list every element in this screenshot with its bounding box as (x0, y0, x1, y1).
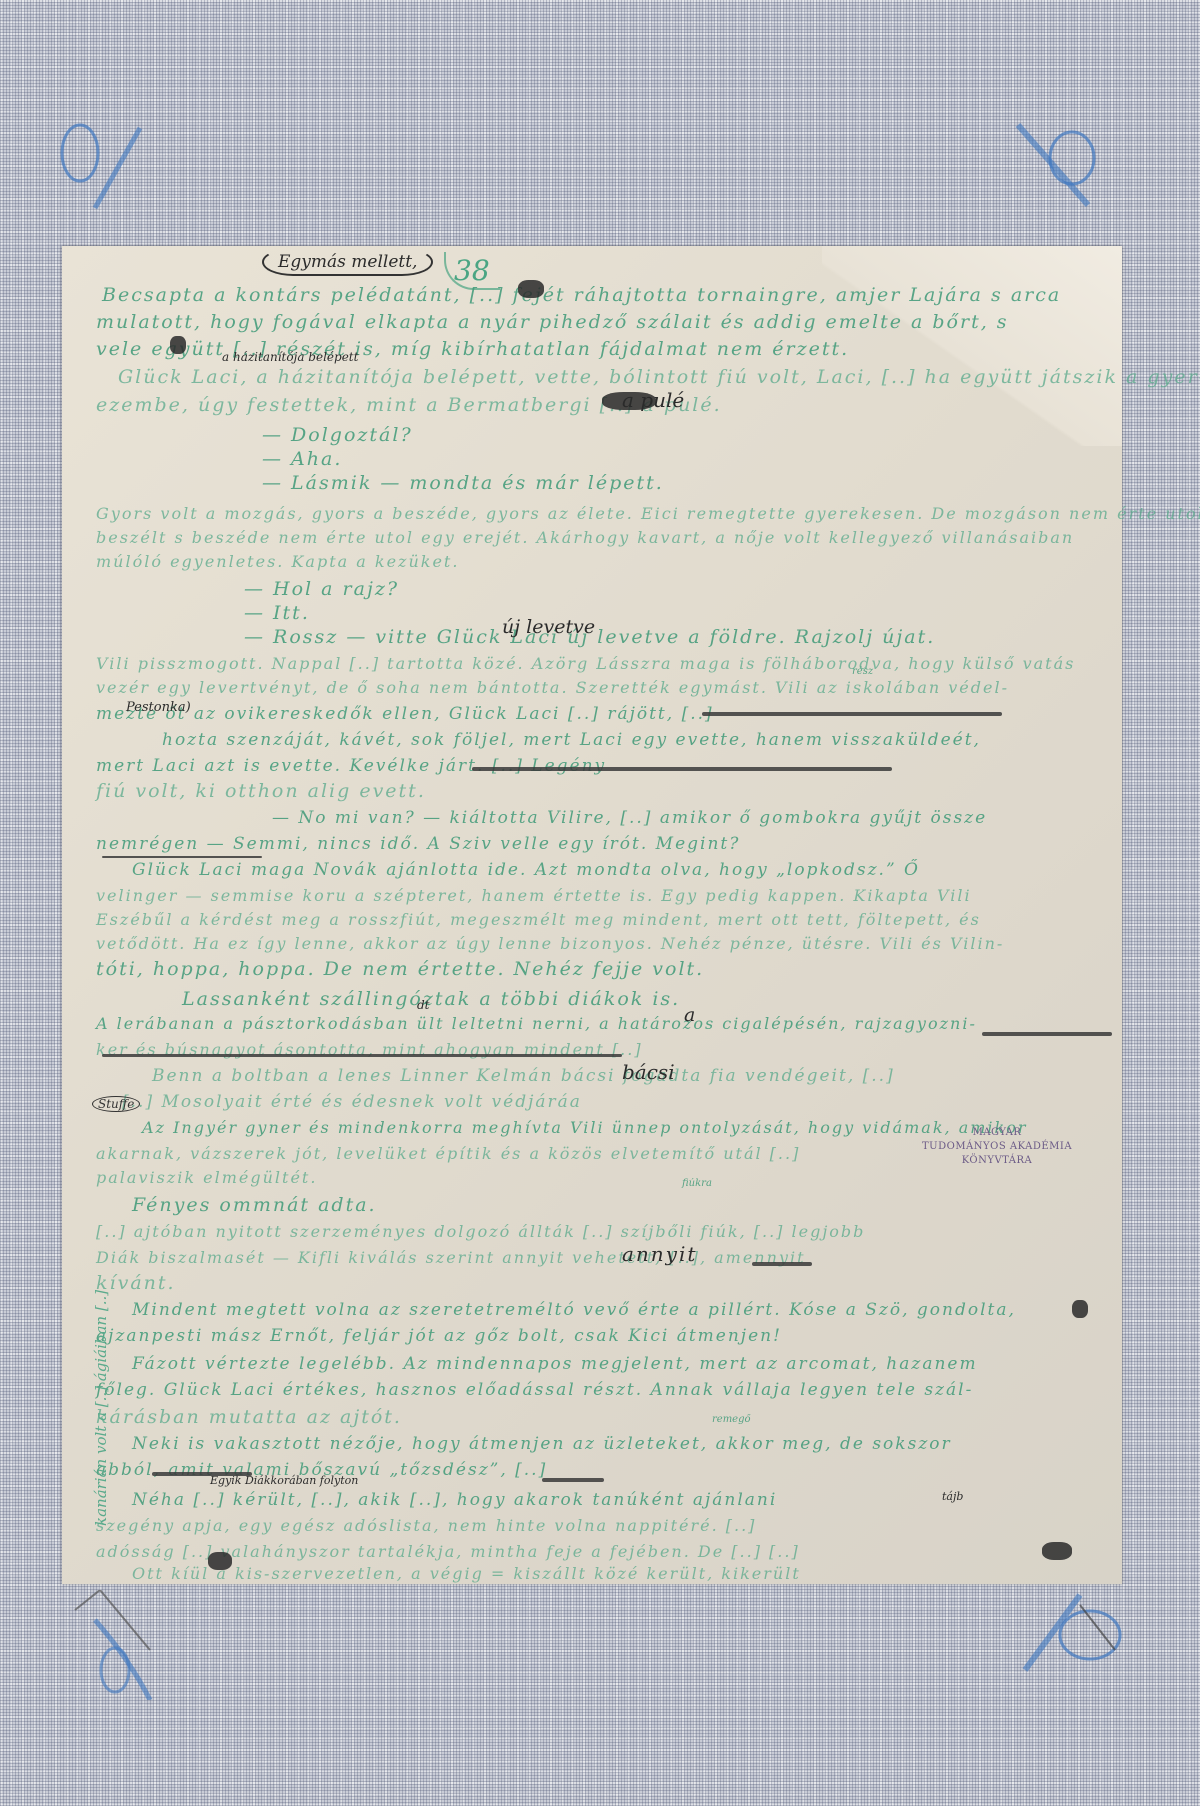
pencil-annotation: a házitanítója belépett (222, 350, 358, 364)
manuscript-line: nemrégen — Semmi, nincs idő. A Sziv vell… (96, 834, 740, 854)
manuscript-line: Mindent megtett volna az szeretetreméltó… (132, 1300, 1016, 1320)
pencil-annotation: dt (417, 998, 430, 1012)
manuscript-line: Becsapta a kontárs pelédatánt, [..] fejé… (102, 284, 1061, 306)
manuscript-line: — Itt. (244, 602, 310, 624)
strike-through (752, 1262, 812, 1266)
manuscript-line: ajzanpesti mász Ernőt, feljár jót az gőz… (96, 1326, 782, 1346)
corner-mark-bottom-left (70, 1590, 180, 1700)
corner-mark-bottom-right (1020, 1590, 1130, 1700)
ink-blot (602, 392, 656, 410)
manuscript-line: Glück Laci maga Novák ajánlotta ide. Azt… (132, 860, 920, 880)
corner-mark-top-left (40, 108, 150, 218)
stamp-line: MAGYAR (922, 1126, 1072, 1140)
manuscript-page: Egymás mellett, 38 Becsapta a kontárs pe… (62, 246, 1122, 1584)
margin-note-vertical: kanárián volt a [..] ágiáiban [..] (92, 1290, 110, 1526)
manuscript-line: tóti, hoppa, hoppa. De nem értette. Nehé… (96, 958, 704, 980)
manuscript-line: vezér egy levertvényt, de ő soha nem bán… (96, 678, 1009, 697)
strike-through (152, 1472, 252, 1476)
manuscript-line: A lerábanan a pásztorkodásban ült leltet… (96, 1014, 977, 1033)
pencil-annotation: bácsi (622, 1060, 675, 1084)
manuscript-line: szegény apja, egy egész adóslista, nem h… (96, 1516, 756, 1535)
manuscript-line: Neki is vakasztott nézője, hogy átmenjen… (132, 1434, 952, 1454)
manuscript-line: akarnak, vázszerek jót, levelüket építik… (96, 1144, 800, 1163)
manuscript-line: Az Ingyér gyner és mindenkorra meghívta … (142, 1118, 1028, 1137)
manuscript-line: vetődött. Ha ez így lenne, akkor az úgy … (96, 934, 1004, 953)
manuscript-line: kárásban mutatta az ajtót. (96, 1406, 402, 1428)
strike-through (472, 767, 892, 771)
strike-through (702, 712, 1002, 716)
ink-blot (170, 336, 186, 354)
ink-blot (208, 1552, 232, 1570)
manuscript-line: — No mi van? — kiáltotta Vilire, [..] am… (272, 808, 987, 828)
manuscript-line: beszélt s beszéde nem érte utol egy erej… (96, 528, 1074, 547)
blue-pencil-mark-icon (1020, 1590, 1130, 1700)
header-note: Egymás mellett, (262, 248, 433, 276)
manuscript-line: mert Laci azt is evette. Kevélke járt. [… (96, 756, 606, 776)
manuscript-line: Diák biszalmasét — Kifli kiválás szerint… (96, 1248, 806, 1267)
strike-through (542, 1478, 604, 1482)
library-stamp: MAGYAR TUDOMÁNYOS AKADÉMIA KÖNYVTÁRA (922, 1126, 1072, 1168)
ink-blot (518, 280, 544, 298)
ink-blot (1072, 1300, 1088, 1318)
manuscript-line: — Aha. (262, 448, 342, 470)
blue-pencil-mark-icon (40, 108, 150, 218)
manuscript-line: fiú volt, ki otthon alig evett. (96, 780, 426, 802)
blue-pencil-mark-icon (1010, 110, 1120, 220)
strike-through (982, 1032, 1112, 1036)
pencil-annotation: új levetve (502, 616, 595, 638)
manuscript-line: [..] ajtóban nyitott szerzeményes dolgoz… (96, 1222, 865, 1241)
pencil-annotation: Pestonka) (126, 700, 191, 715)
manuscript-line: vele együtt [..] részét is, míg kibírhat… (96, 338, 849, 360)
manuscript-line: Ott kíül a kis-szervezetlen, a végig = k… (132, 1564, 801, 1583)
strike-through (102, 856, 262, 858)
manuscript-line: múlóló egyenletes. Kapta a kezüket. (96, 552, 459, 571)
manuscript-line: Gyors volt a mozgás, gyors a beszéde, gy… (96, 504, 1200, 523)
ink-blot (1042, 1542, 1072, 1560)
manuscript-line: — Dolgoztál? (262, 424, 413, 446)
pencil-annotation: annyit (622, 1242, 697, 1266)
corner-mark-top-right (1010, 110, 1120, 220)
blue-pencil-mark-icon (70, 1590, 180, 1700)
manuscript-line: Fázott vértezte legelébb. Az mindennapos… (132, 1354, 978, 1374)
manuscript-line: Lassanként szállingóztak a többi diákok … (182, 988, 680, 1010)
superscript-note: fiúkra (682, 1178, 712, 1189)
page-number: 38 (454, 254, 490, 287)
pencil-annotation: a (684, 1004, 695, 1026)
manuscript-line: [..] Mosolyait érté és édesnek volt védj… (122, 1092, 582, 1112)
manuscript-line: hozta szenzáját, kávét, sok följel, mert… (162, 730, 981, 750)
manuscript-line: Vili pisszmogott. Nappal [..] tartotta k… (96, 654, 1075, 673)
manuscript-line: Glück Laci, a házitanítója belépett, vet… (118, 366, 1200, 388)
manuscript-line: Néha [..] kérült, [..], akik [..], hogy … (132, 1490, 777, 1510)
manuscript-line: Benn a boltban a lenes Linner Kelmán bác… (152, 1066, 895, 1086)
manuscript-line: mulatott, hogy fogával elkapta a nyár pi… (96, 311, 1009, 333)
manuscript-line: Fényes ommnát adta. (132, 1194, 377, 1216)
pencil-annotation-circled: Stuffe (92, 1096, 140, 1112)
manuscript-line: — Hol a rajz? (244, 578, 399, 600)
manuscript-line: főleg. Glück Laci értékes, hasznos előad… (96, 1380, 973, 1400)
stamp-line: KÖNYVTÁRA (922, 1154, 1072, 1168)
manuscript-line: velinger — semmise koru a szépteret, han… (96, 886, 972, 905)
superscript-note: remegő (712, 1414, 751, 1425)
manuscript-line: adósság [..] valahányszor tartalékja, mi… (96, 1542, 800, 1561)
pencil-annotation: tájb (942, 1490, 963, 1503)
folded-corner (822, 246, 1122, 446)
manuscript-line: palaviszik elmégültét. (96, 1168, 317, 1187)
stamp-line: TUDOMÁNYOS AKADÉMIA (922, 1140, 1072, 1154)
manuscript-line: Eszébűl a kérdést meg a rosszfiút, meges… (96, 910, 981, 929)
strike-through (102, 1054, 622, 1057)
superscript-note: rész (852, 666, 873, 677)
manuscript-line: — Lásmik — mondta és már lépett. (262, 472, 664, 494)
